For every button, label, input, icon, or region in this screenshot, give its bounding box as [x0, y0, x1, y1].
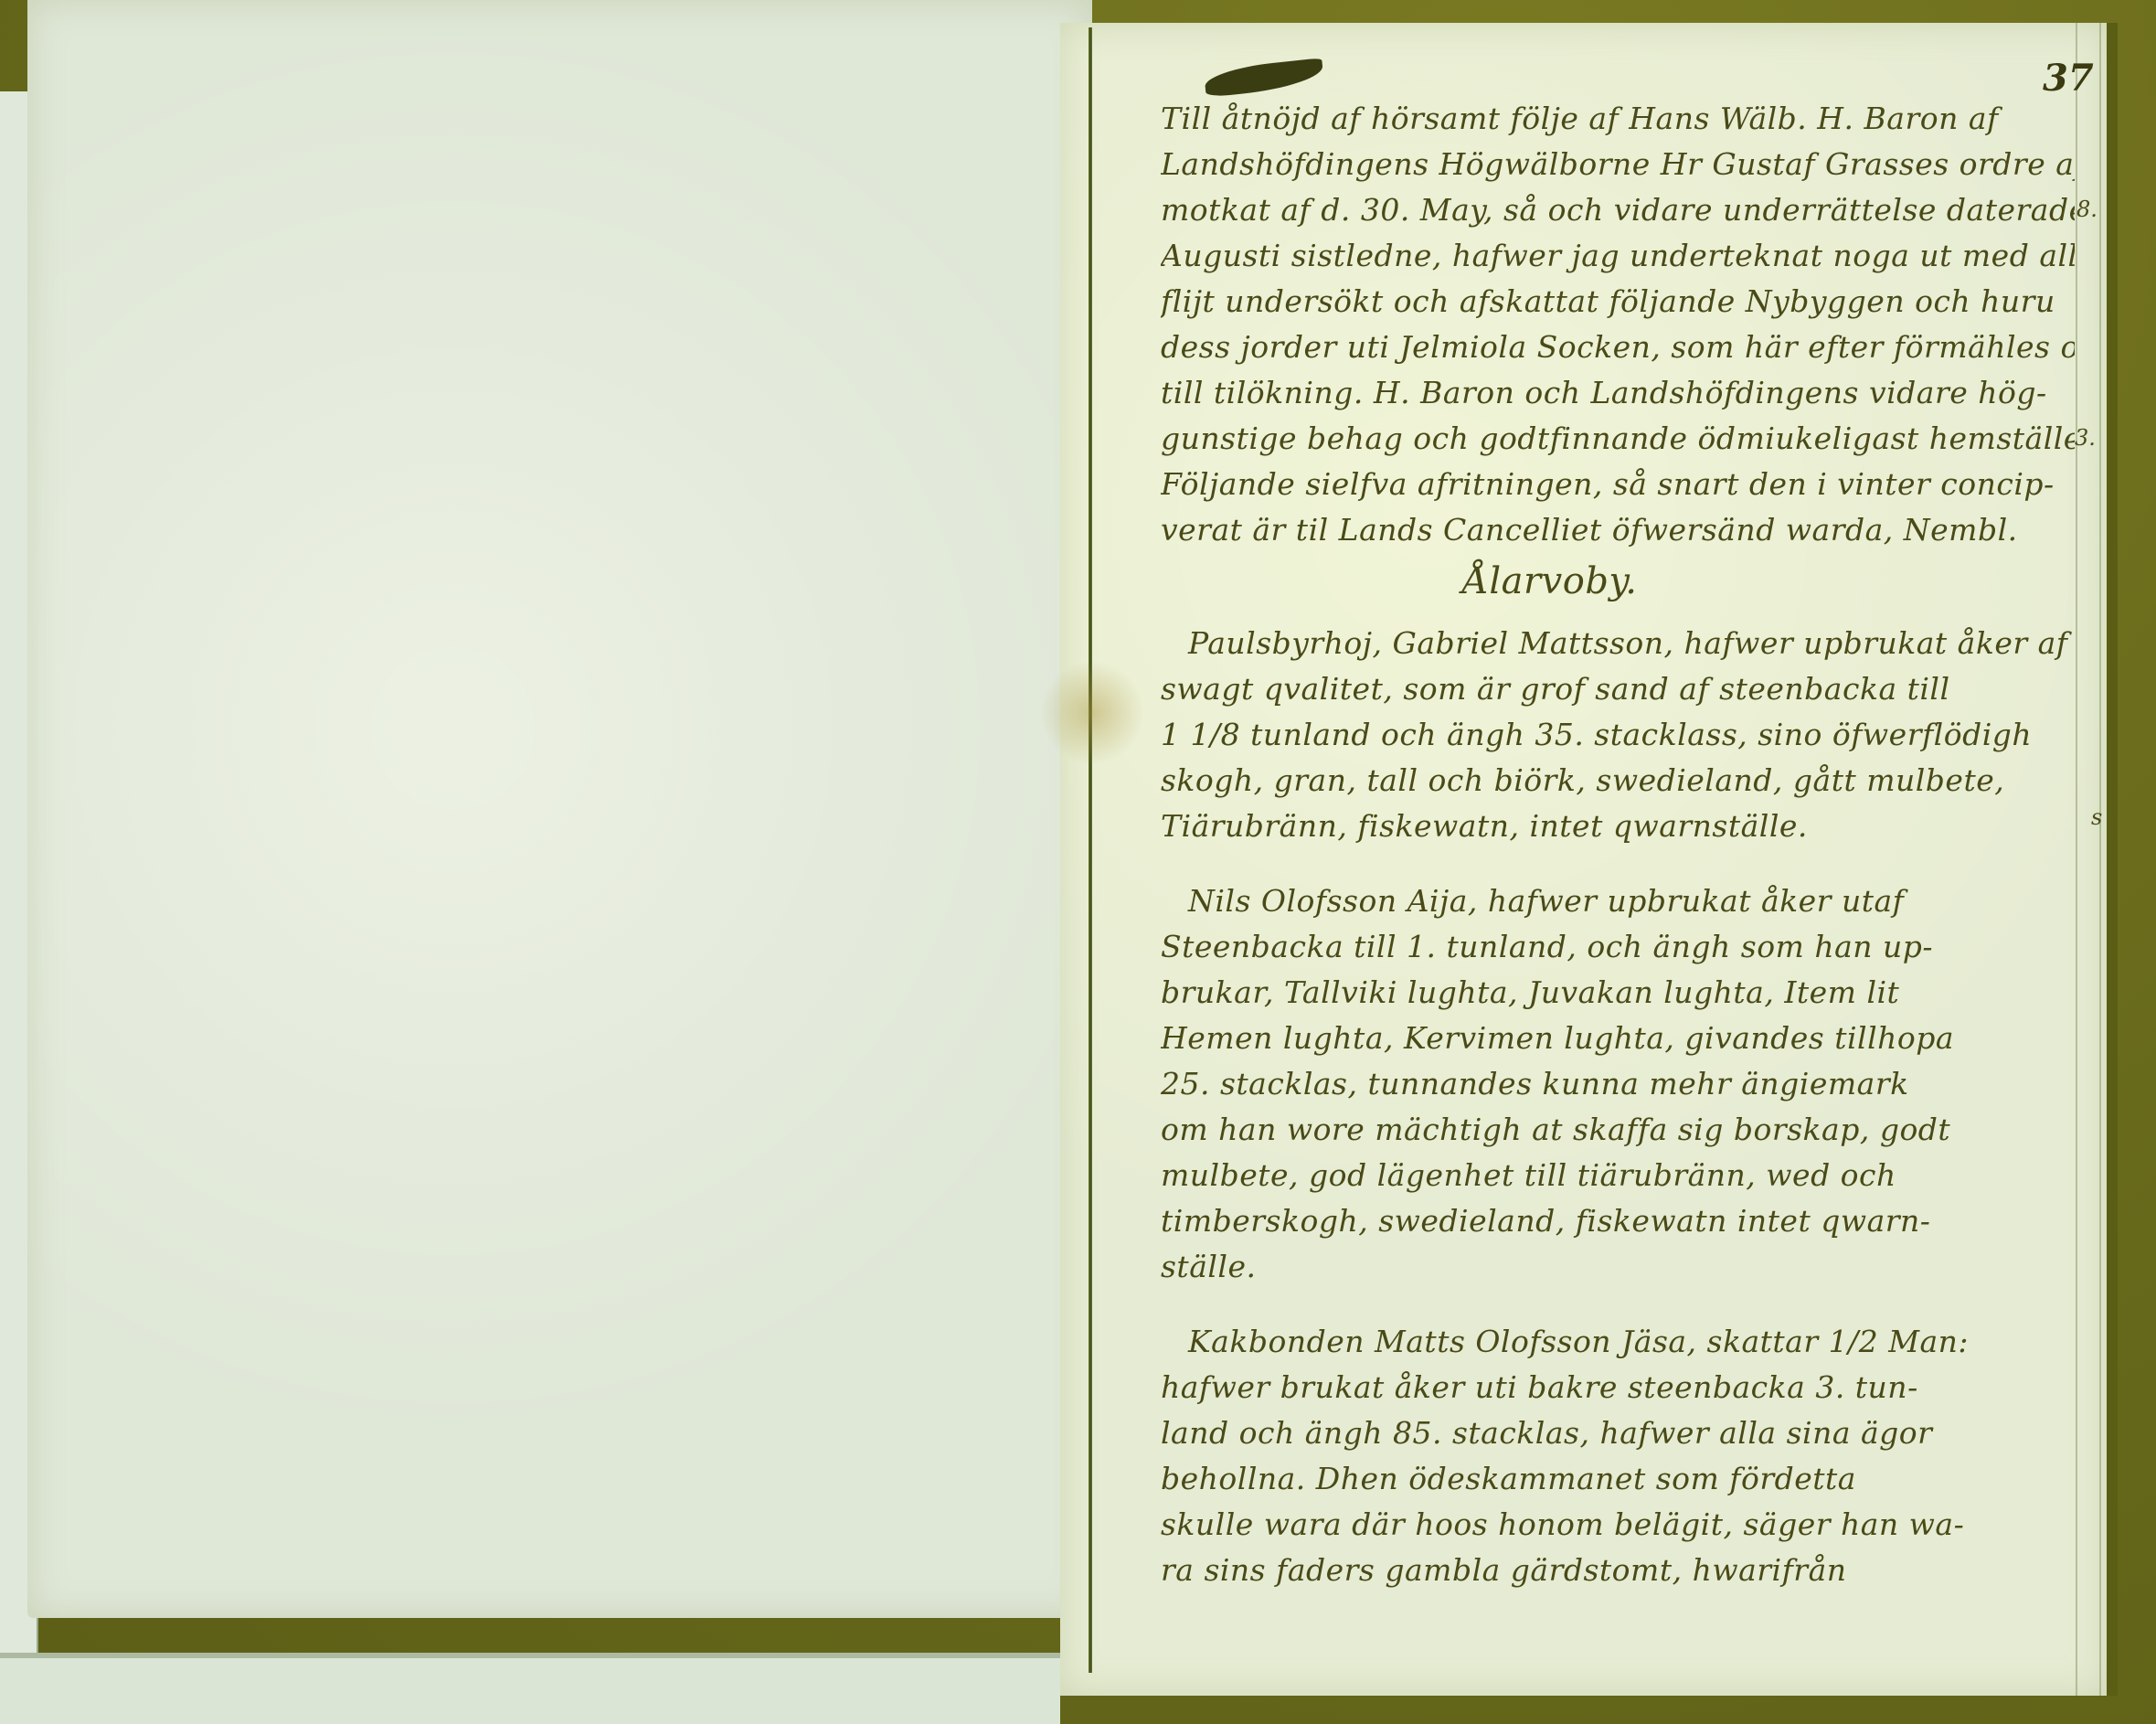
entry-line: timberskogh, swedieland, fiskewatn intet… — [1161, 1198, 2075, 1244]
entry-line: Paulsbyrhoj, Gabriel Mattsson, hafwer up… — [1188, 625, 2068, 661]
entry-line: Tiärubränn, fiskewatn, intet qwarnställe… — [1161, 803, 2075, 849]
entry-line: 1 1/8 tunland och ängh 35. stacklass, si… — [1161, 712, 2075, 758]
entry-line: behollna. Dhen ödeskammanet som fördetta — [1161, 1456, 2075, 1502]
margin-mark: 3. — [2075, 425, 2096, 451]
entry: ✓ Kakbonden Matts Olofsson Jäsa, skattar… — [1161, 1319, 2075, 1593]
entry: ✓ Paulsbyrhoj, Gabriel Mattsson, hafwer … — [1161, 621, 2075, 849]
water-stain — [1042, 658, 1142, 768]
entry-line: Steenbacka till 1. tunland, och ängh som… — [1161, 924, 2075, 970]
entry-line: skulle wara där hoos honom belägit, säge… — [1161, 1502, 2075, 1548]
intro-line: Landshöfdingens Högwälborne Hr Gustaf Gr… — [1161, 142, 2075, 187]
entry-line: 25. stacklas, tunnandes kunna mehr ängie… — [1161, 1061, 2075, 1107]
entry-line: ställe. — [1161, 1244, 2075, 1290]
margin-mark: s — [2091, 804, 2102, 830]
entry: ✓ Nils Olofsson Aija, hafwer upbrukat åk… — [1161, 878, 2075, 1290]
intro-line: dess jorder uti Jelmiola Socken, som här… — [1161, 325, 2075, 370]
entry-line: skogh, gran, tall och biörk, swedieland,… — [1161, 758, 2075, 803]
intro-line: verat är til Lands Cancelliet öfwersänd … — [1161, 507, 2075, 553]
entry-line: om han wore mächtigh at skaffa sig borsk… — [1161, 1107, 2075, 1153]
entry-line: brukar, Tallviki lughta, Juvakan lughta,… — [1161, 970, 2075, 1016]
left-page-fold — [0, 1653, 1060, 1724]
intro-line: Augusti sistledne, hafwer jag undertekna… — [1161, 233, 2075, 279]
section-heading: Ålarvoby. — [1161, 553, 2075, 610]
entry-line: mulbete, god lägenhet till tiärubränn, w… — [1161, 1153, 2075, 1198]
margin-mark: 8. — [2076, 197, 2098, 222]
intro-line: motkat af d. 30. May, så och vidare unde… — [1161, 187, 2075, 233]
entry-line: Nils Olofsson Aija, hafwer upbrukat åker… — [1188, 883, 1904, 919]
left-page — [27, 0, 1092, 1618]
intro-line: gunstige behag och godtfinnande ödmiukel… — [1161, 416, 2075, 462]
entry-line: swagt qvalitet, som är grof sand af stee… — [1161, 666, 2075, 712]
intro-line: Till åtnöjd af hörsamt följe af Hans Wäl… — [1161, 96, 2075, 142]
page-edge — [2076, 23, 2101, 1696]
intro-line: Följande sielfva afritningen, så snart d… — [1161, 462, 2075, 507]
intro-line: flijt undersökt och afskattat följande N… — [1161, 279, 2075, 325]
book-gutter — [1089, 27, 1092, 1673]
entry-line: land och ängh 85. stacklas, hafwer alla … — [1161, 1410, 2075, 1456]
entry-line: Hemen lughta, Kervimen lughta, givandes … — [1161, 1016, 2075, 1061]
entry-line: Kakbonden Matts Olofsson Jäsa, skattar 1… — [1188, 1324, 1969, 1359]
entry-line: hafwer brukat åker uti bakre steenbacka … — [1161, 1365, 2075, 1410]
manuscript-text: Till åtnöjd af hörsamt följe af Hans Wäl… — [1161, 96, 2075, 1593]
intro-line: till tilökning. H. Baron och Landshöfdin… — [1161, 370, 2075, 416]
page-number: 37 — [2043, 57, 2094, 100]
entry-line: ra sins faders gambla gärdstomt, hwarifr… — [1161, 1548, 2075, 1593]
